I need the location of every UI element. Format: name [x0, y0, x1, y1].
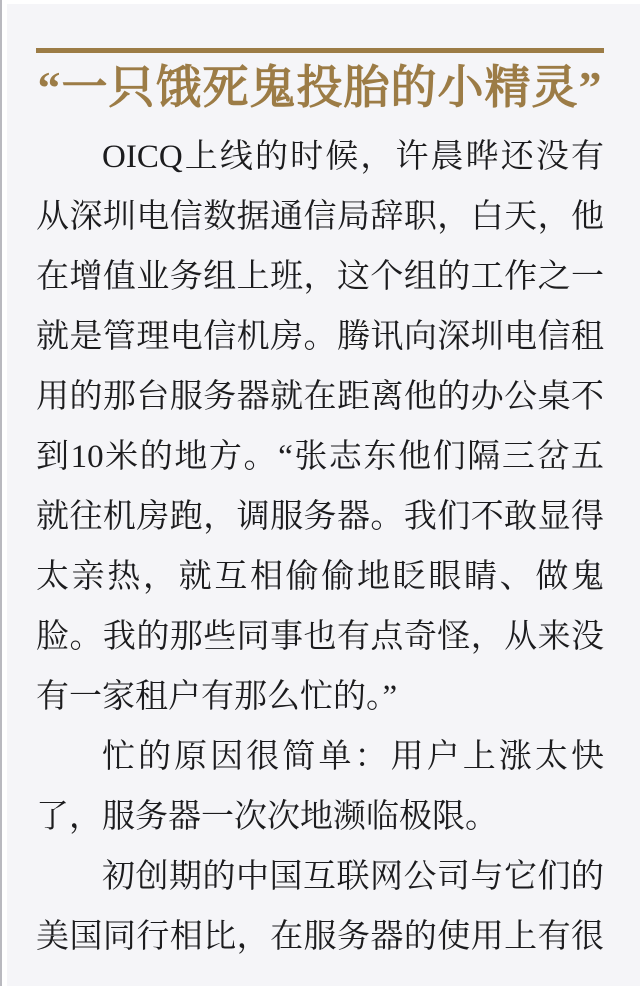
chapter-divider-rule: [36, 48, 604, 53]
text-line: 脸。我的那些同事也有点奇怪，从来没: [36, 607, 604, 667]
article-body: OICQ上线的时候，许晨晔还没有 从深圳电信数据通信局辞职，白天，他 在增值业务…: [36, 127, 604, 967]
text-line: 在增值业务组上班，这个组的工作之一: [36, 247, 604, 307]
text-line: 从深圳电信数据通信局辞职，白天，他: [36, 187, 604, 247]
ebook-page[interactable]: “一只饿死鬼投胎的小精灵” OICQ上线的时候，许晨晔还没有 从深圳电信数据通信…: [0, 48, 640, 967]
text-line: 忙的原因很简单：用户上涨太快: [36, 727, 604, 787]
text-line: 到10米的地方。“张志东他们隔三岔五: [36, 427, 604, 487]
page-edge-bottom: [0, 986, 640, 990]
text-line: 用的那台服务器就在距离他的办公桌不: [36, 367, 604, 427]
text-line: 太亲热，就互相偷偷地眨眼睛、做鬼: [36, 547, 604, 607]
chapter-title: “一只饿死鬼投胎的小精灵”: [36, 62, 604, 114]
text-line: 美国同行相比，在服务器的使用上有很: [36, 907, 604, 967]
page-edge-top: [0, 0, 640, 4]
text-line: 就是管理电信机房。腾讯向深圳电信租: [36, 307, 604, 367]
text-line: 了，服务器一次次地濒临极限。: [36, 787, 604, 847]
text-line: 初创期的中国互联网公司与它们的: [36, 847, 604, 907]
text-line: 有一家租户有那么忙的。”: [36, 667, 604, 727]
text-line: 就往机房跑，调服务器。我们不敢显得: [36, 487, 604, 547]
text-line: OICQ上线的时候，许晨晔还没有: [36, 127, 604, 187]
